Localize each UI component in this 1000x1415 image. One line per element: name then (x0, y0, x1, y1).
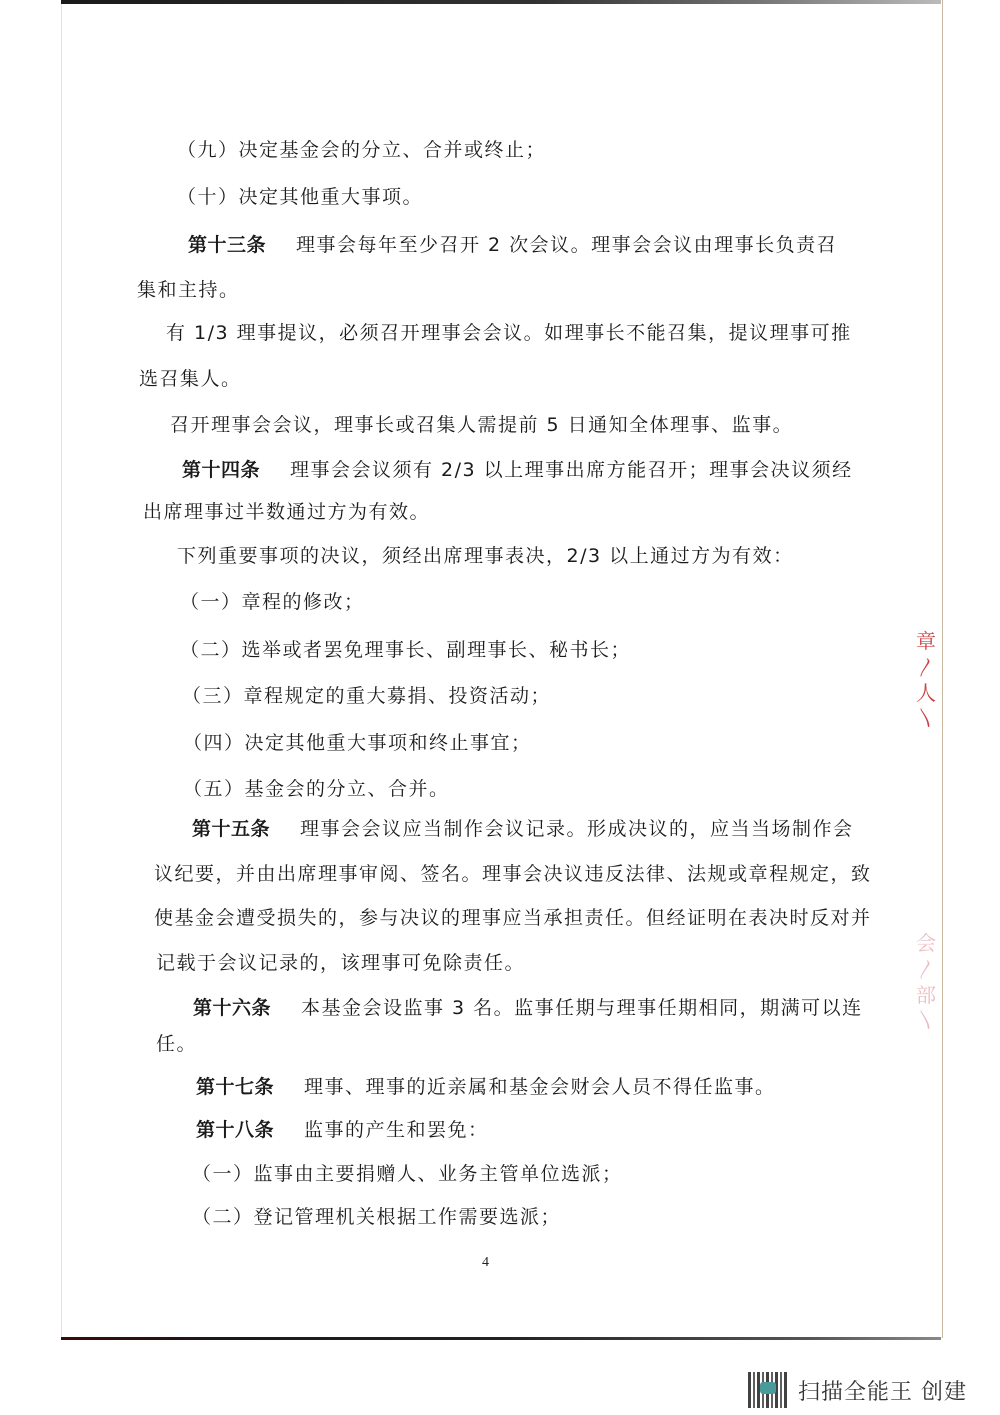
article-heading: 第十三条 (188, 234, 266, 256)
line-text: 集和主持。 (137, 279, 240, 301)
line-text: （十）决定其他重大事项。 (177, 186, 423, 208)
paragraph-line: 下列重要事项的决议，须经出席理事表决，2/3 以上通过方为有效： (177, 544, 794, 568)
line-text: 任。 (156, 1033, 197, 1055)
article-paragraph-line: 第十四条理事会会议须有 2/3 以上理事出席方能召开；理事会决议须经 (182, 458, 853, 482)
paragraph-line: 出席理事过半数通过方为有效。 (143, 500, 430, 524)
paragraph-line: （五）基金会的分立、合并。 (183, 777, 450, 801)
paragraph-line: （四）决定其他重大事项和终止事宜； (183, 731, 532, 755)
seal-stamp-fragment-upper: 章〳人〵 (916, 628, 942, 828)
page-bottom-edge (61, 1337, 941, 1340)
paragraph-line: 有 1/3 理事提议，必须召开理事会会议。如理事长不能召集，提议理事可推 (166, 321, 852, 345)
paragraph-line: （十）决定其他重大事项。 (177, 185, 423, 209)
line-text: 出席理事过半数通过方为有效。 (143, 501, 430, 523)
line-text: 议纪要，并由出席理事审阅、签名。理事会决议违反法律、法规或章程规定，致 (154, 863, 872, 885)
article-heading: 第十四条 (182, 459, 260, 481)
paragraph-line: 集和主持。 (137, 278, 240, 302)
line-text: （一）监事由主要捐赠人、业务主管单位选派； (192, 1163, 623, 1185)
paragraph-line: 议纪要，并由出席理事审阅、签名。理事会决议违反法律、法规或章程规定，致 (154, 862, 872, 886)
article-paragraph-line: 第十三条理事会每年至少召开 2 次会议。理事会会议由理事长负责召 (188, 233, 837, 257)
line-text: 下列重要事项的决议，须经出席理事表决，2/3 以上通过方为有效： (177, 545, 794, 567)
paragraph-line: 记载于会议记录的，该理事可免除责任。 (156, 951, 525, 975)
line-text: 本基金会设监事 3 名。监事任期与理事任期相同，期满可以连 (301, 997, 863, 1019)
paragraph-line: 召开理事会会议，理事长或召集人需提前 5 日通知全体理事、监事。 (170, 413, 793, 437)
article-paragraph-line: 第十六条本基金会设监事 3 名。监事任期与理事任期相同，期满可以连 (193, 996, 863, 1020)
page-number: 4 (482, 1255, 489, 1271)
paragraph-line: （一）监事由主要捐赠人、业务主管单位选派； (192, 1162, 623, 1186)
qr-code-icon (748, 1372, 788, 1408)
line-text: （二）登记管理机关根据工作需要选派； (192, 1206, 561, 1228)
article-heading: 第十八条 (196, 1119, 274, 1141)
paragraph-line: 任。 (156, 1032, 197, 1056)
line-text: 有 1/3 理事提议，必须召开理事会会议。如理事长不能召集，提议理事可推 (166, 322, 852, 344)
line-text: （四）决定其他重大事项和终止事宜； (183, 732, 532, 754)
line-text: 选召集人。 (139, 368, 242, 390)
line-text: 监事的产生和罢免： (304, 1119, 489, 1141)
watermark-text: 扫描全能王 创建 (798, 1375, 967, 1406)
page-top-edge (61, 0, 941, 4)
line-text: （二）选举或者罢免理事长、副理事长、秘书长； (180, 639, 631, 661)
paragraph-line: 使基金会遭受损失的，参与决议的理事应当承担责任。但经证明在表决时反对并 (154, 906, 872, 930)
article-heading: 第十五条 (192, 818, 270, 840)
paragraph-line: （三）章程规定的重大募捐、投资活动； (182, 684, 551, 708)
line-text: （五）基金会的分立、合并。 (183, 778, 450, 800)
line-text: （三）章程规定的重大募捐、投资活动； (182, 685, 551, 707)
paragraph-line: （一）章程的修改； (180, 590, 365, 614)
paragraph-line: （二）登记管理机关根据工作需要选派； (192, 1205, 561, 1229)
article-paragraph-line: 第十七条理事、理事的近亲属和基金会财会人员不得任监事。 (196, 1075, 776, 1099)
article-paragraph-line: 第十五条理事会会议应当制作会议记录。形成决议的，应当当场制作会 (192, 817, 854, 841)
scanner-watermark: 扫描全能王 创建 (748, 1372, 967, 1408)
paragraph-line: 选召集人。 (139, 367, 242, 391)
article-heading: 第十六条 (193, 997, 271, 1019)
line-text: 召开理事会会议，理事长或召集人需提前 5 日通知全体理事、监事。 (170, 414, 793, 436)
paragraph-line: （二）选举或者罢免理事长、副理事长、秘书长； (180, 638, 631, 662)
line-text: （九）决定基金会的分立、合并或终止； (177, 139, 546, 161)
line-text: 理事会会议须有 2/3 以上理事出席方能召开；理事会决议须经 (290, 459, 853, 481)
article-heading: 第十七条 (196, 1076, 274, 1098)
paragraph-line: （九）决定基金会的分立、合并或终止； (177, 138, 546, 162)
line-text: 理事会会议应当制作会议记录。形成决议的，应当当场制作会 (300, 818, 854, 840)
line-text: 记载于会议记录的，该理事可免除责任。 (156, 952, 525, 974)
article-paragraph-line: 第十八条监事的产生和罢免： (196, 1118, 489, 1142)
line-text: （一）章程的修改； (180, 591, 365, 613)
line-text: 使基金会遭受损失的，参与决议的理事应当承担责任。但经证明在表决时反对并 (154, 907, 872, 929)
line-text: 理事会每年至少召开 2 次会议。理事会会议由理事长负责召 (296, 234, 837, 256)
seal-stamp-fragment-lower: 会〳部〵 (916, 930, 942, 1100)
line-text: 理事、理事的近亲属和基金会财会人员不得任监事。 (304, 1076, 776, 1098)
